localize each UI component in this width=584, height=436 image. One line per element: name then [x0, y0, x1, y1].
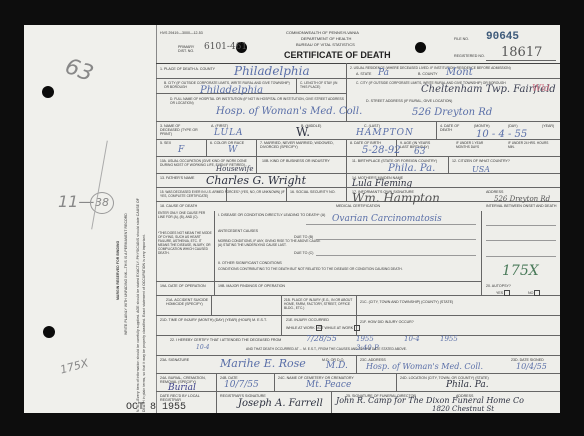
- occupation-value: Housewife: [216, 165, 254, 173]
- cemetery-name: Mt. Peace: [306, 380, 351, 390]
- funeral-address-label: ADDRESS: [456, 394, 473, 398]
- rule: [356, 355, 357, 373]
- city-of-death: Philadelphia: [200, 85, 263, 96]
- rule: [156, 315, 560, 316]
- rule: [346, 173, 347, 201]
- rule: [481, 211, 482, 295]
- autopsy-no-label: NO: [528, 291, 533, 295]
- cause-of-death-label: 18. CAUSE OF DEATH: [160, 204, 197, 208]
- injury-time-label: 21d. TIME OF INJURY (Month) (Day) (Year)…: [160, 318, 278, 322]
- rule: [216, 373, 217, 413]
- punch-hole-bottom: [43, 326, 55, 338]
- rule: [214, 211, 215, 281]
- rule: [448, 156, 449, 173]
- certification-statement: 22. I hereby certify that I attended the…: [170, 338, 281, 342]
- registered-line: [486, 60, 556, 61]
- autopsy-yes-label: YES: [496, 291, 503, 295]
- rule: [156, 63, 560, 64]
- rule: [156, 355, 560, 356]
- injury-occurred-label: 21e. INJURY OCCURRED: [286, 318, 329, 322]
- attended-to-date: 10-4: [404, 335, 420, 343]
- agency-line1: COMMONWEALTH OF PENNSYLVANIA: [286, 31, 359, 35]
- file-no: 90645: [486, 31, 519, 43]
- place-of-death-label: 1. PLACE OF DEATH a. COUNTY: [160, 67, 220, 71]
- sex-value: F: [178, 145, 184, 155]
- rule: [331, 391, 332, 413]
- dod-month-label: (Month): [474, 124, 490, 128]
- margin-note-line1: N. B.—Every item of information should b…: [136, 198, 140, 412]
- autopsy-no[interactable]: NO: [528, 290, 541, 296]
- registered-no-label: Registered No.: [454, 54, 485, 58]
- attended-year-2: 1955: [440, 335, 458, 343]
- rule: [256, 139, 257, 156]
- business-label: 10b. KIND OF BUSINESS OR INDUSTRY: [262, 159, 342, 163]
- citizenship-label: 12. CITIZEN OF WHAT COUNTRY?: [452, 159, 532, 163]
- interval-line-c: [486, 256, 556, 257]
- interval-line-b: [486, 240, 556, 241]
- age-under-24-hrs-label: If under 24 hrs. Hours Min.: [508, 141, 552, 149]
- residence-state: Pa: [378, 68, 389, 78]
- date-signed: 10/4/55: [516, 362, 547, 371]
- due-to-c-label: DUE TO (c): [294, 251, 313, 255]
- institution-name: Hosp. of Woman's Med. Coll.: [216, 106, 362, 117]
- street-address: 526 Dreyton Rd: [412, 107, 492, 118]
- margin-note-line2: DEATH in plain terms, so that it may be …: [142, 234, 146, 412]
- rule: [296, 78, 297, 93]
- rule: [436, 121, 437, 139]
- length-of-stay-label: c. LENGTH OF STAY (In this place): [300, 81, 344, 89]
- dod-year-label: (Year): [542, 124, 554, 128]
- other-conditions-label: II. OTHER SIGNIFICANT CONDITIONS: [218, 261, 282, 265]
- disease-directly-leading-label: I. DISEASE OR CONDITION DIRECTLY LEADING…: [218, 213, 338, 217]
- father-name: Charles G. Wright: [206, 174, 306, 187]
- cause-line-a: [306, 224, 476, 225]
- autopsy-yes[interactable]: YES: [496, 290, 511, 296]
- antecedent-causes-label: ANTECEDENT CAUSES: [218, 229, 258, 233]
- mother-maiden-name: Lula Fleming: [352, 179, 412, 189]
- residence-county-label: b. COUNTY: [418, 72, 438, 76]
- cause-line-c: [316, 255, 476, 256]
- punch-hole-top: [42, 86, 54, 98]
- rule: [214, 281, 215, 295]
- informant-address-label: ADDRESS: [486, 190, 503, 194]
- citizenship-value: USA: [472, 165, 490, 174]
- margin-binding-text: MARGIN RESERVED FOR BINDING: [116, 241, 120, 300]
- rule: [274, 373, 275, 391]
- degree-value: M.D.: [326, 361, 348, 371]
- certificate-form: HVS 29419—3000—12-53 Primary Dist. No. 6…: [156, 25, 560, 413]
- rule: [156, 121, 560, 122]
- first-name: LULA: [214, 128, 244, 138]
- institution-label: d. FULL NAME OF HOSPITAL OR INSTITUTION …: [170, 97, 345, 105]
- rule: [206, 139, 207, 156]
- date-of-death-label: 4. DATE OF DEATH: [440, 124, 462, 132]
- attended-from-date: 7/28/55: [306, 334, 337, 343]
- color-race-value: W: [228, 145, 237, 155]
- physician-signature: Marihe E. Rose: [220, 357, 306, 370]
- cause-line-b: [316, 239, 476, 240]
- autopsy-yes-checkbox[interactable]: [504, 290, 510, 296]
- rule: [256, 156, 257, 173]
- birthplace-value: Phila. Pa.: [388, 163, 435, 174]
- age-value: 63: [414, 147, 425, 157]
- funeral-director-signature: John R. Camp for The Dixon Funeral Home …: [336, 396, 524, 405]
- burial-location: Phila. Pa.: [446, 380, 489, 390]
- deceased-name-label: 3. NAME OF DECEASED (Type or Print): [160, 124, 198, 136]
- certification-statement-2: and that death occurred at ... m. E.S.T.…: [246, 347, 407, 351]
- middle-name: W.: [296, 125, 310, 139]
- marital-status-label: 7. MARRIED, NEVER MARRIED, WIDOWED, DIVO…: [260, 141, 344, 149]
- date-received-label: DATE REC'D BY LOCAL REGISTRAR: [160, 394, 216, 402]
- date-of-birth: 5-28-92: [362, 145, 401, 156]
- physician-address: Hosp. of Woman's Med. Coll.: [366, 362, 483, 371]
- rule: [156, 281, 481, 282]
- interval-line-a: [486, 225, 556, 226]
- social-security-label: 16. SOCIAL SECURITY NO.: [290, 190, 344, 194]
- informant-signature: Wm. Hampton: [352, 191, 440, 205]
- operation-findings-label: 19b. MAJOR FINDINGS OF OPERATION: [218, 284, 285, 288]
- armed-forces-label: 15. WAS DECEASED EVER IN U.S. ARMED FORC…: [160, 190, 286, 198]
- interval-label: INTERVAL BETWEEN ONSET AND DEATH: [486, 204, 558, 208]
- classification-code: 175X: [502, 263, 539, 279]
- physician-signature-label: 23a. SIGNATURE: [160, 358, 189, 362]
- other-conditions-instructions: Conditions contributing to the death but…: [218, 267, 478, 271]
- accident-type-label: 21a. ACCIDENT SUICIDE HOMICIDE (Specify): [166, 298, 210, 306]
- margin-instruction-text: WRITE PLAINLY WITH UNFADING INK—THIS IS …: [124, 213, 128, 335]
- primary-dist-label: Primary Dist. No.: [178, 45, 200, 53]
- primary-cause: Ovarian Carcinomatosis: [332, 214, 442, 224]
- certificate-title: CERTIFICATE OF DEATH: [284, 50, 391, 60]
- place-of-injury-label: 21b. PLACE OF INJURY (e.g., in or about …: [284, 298, 354, 310]
- residence-city-strike: Wld: [532, 84, 550, 94]
- residence-county: Mont: [446, 67, 473, 78]
- sex-label: 5. SEX: [160, 141, 171, 145]
- last-name: HAMPTON: [356, 128, 414, 138]
- rule: [396, 373, 397, 391]
- street-address-label: d. STREET ADDRESS (If rural, give locati…: [366, 99, 546, 103]
- rule: [211, 295, 212, 315]
- funeral-address: 1820 Chestnut St: [432, 405, 494, 413]
- date-received-stamp: OCT 8 1955: [126, 402, 186, 413]
- cause-instructions: Enter only one cause per line for (a), (…: [158, 211, 212, 219]
- dod-day-label: (Day): [508, 124, 518, 128]
- residence-state-label: a. STATE: [356, 72, 371, 76]
- attended-year: 1955: [356, 335, 374, 343]
- due-to-b-label: DUE TO (b): [294, 235, 313, 239]
- county-of-death: Philadelphia: [234, 64, 310, 78]
- injury-not-at-work[interactable]: Not While at Work: [316, 325, 361, 331]
- morbid-conditions-label: Morbid conditions, if any, giving rise t…: [218, 239, 324, 247]
- rule: [156, 156, 560, 157]
- pencil-note-11: 11—: [58, 192, 94, 211]
- not-at-work-checkbox[interactable]: [354, 325, 360, 331]
- form-code: HVS 29419—3000—12-53: [160, 31, 203, 35]
- date-of-death: 10 - 4 - 55: [476, 129, 527, 140]
- primary-dist-no: 6101-461: [204, 42, 247, 52]
- registered-no: 18617: [501, 45, 542, 60]
- agency-line3: BUREAU OF VITAL STATISTICS: [296, 43, 355, 47]
- burial-date: 10/7/55: [224, 380, 259, 390]
- injury-location-label: 21c. (CITY, TOWN AND TOWNSHIP) (COUNTY) …: [360, 300, 453, 304]
- agency-line2: DEPARTMENT OF HEALTH: [301, 37, 351, 41]
- how-injury-label: 21f. HOW DID INJURY OCCUR?: [360, 320, 414, 324]
- autopsy-label: 20. AUTOPSY?: [486, 284, 511, 288]
- rule: [286, 187, 287, 201]
- rule: [156, 391, 560, 392]
- alive-on-date: 10-4: [196, 344, 209, 351]
- age-under-1-year-label: If under 1 year Months Days: [456, 141, 496, 149]
- burial-type: Burial: [168, 383, 196, 393]
- medical-certification-label: MEDICAL CERTIFICATION: [336, 204, 380, 208]
- at-work-label: While at Work: [286, 326, 315, 330]
- rule: [156, 78, 560, 79]
- cause-note: *This does not mean the mode of dying, s…: [158, 231, 212, 255]
- not-at-work-label: Not While at Work: [316, 326, 353, 330]
- operation-date-label: 19a. DATE OF OPERATION: [160, 284, 210, 288]
- file-no-label: File No.: [454, 37, 469, 41]
- informant-address: 526 Dreyton Rd: [494, 195, 550, 203]
- father-name-label: 13. FATHER'S NAME: [160, 176, 194, 180]
- autopsy-no-checkbox[interactable]: [534, 290, 540, 296]
- registrar-signature: Joseph A. Farrell: [238, 398, 323, 409]
